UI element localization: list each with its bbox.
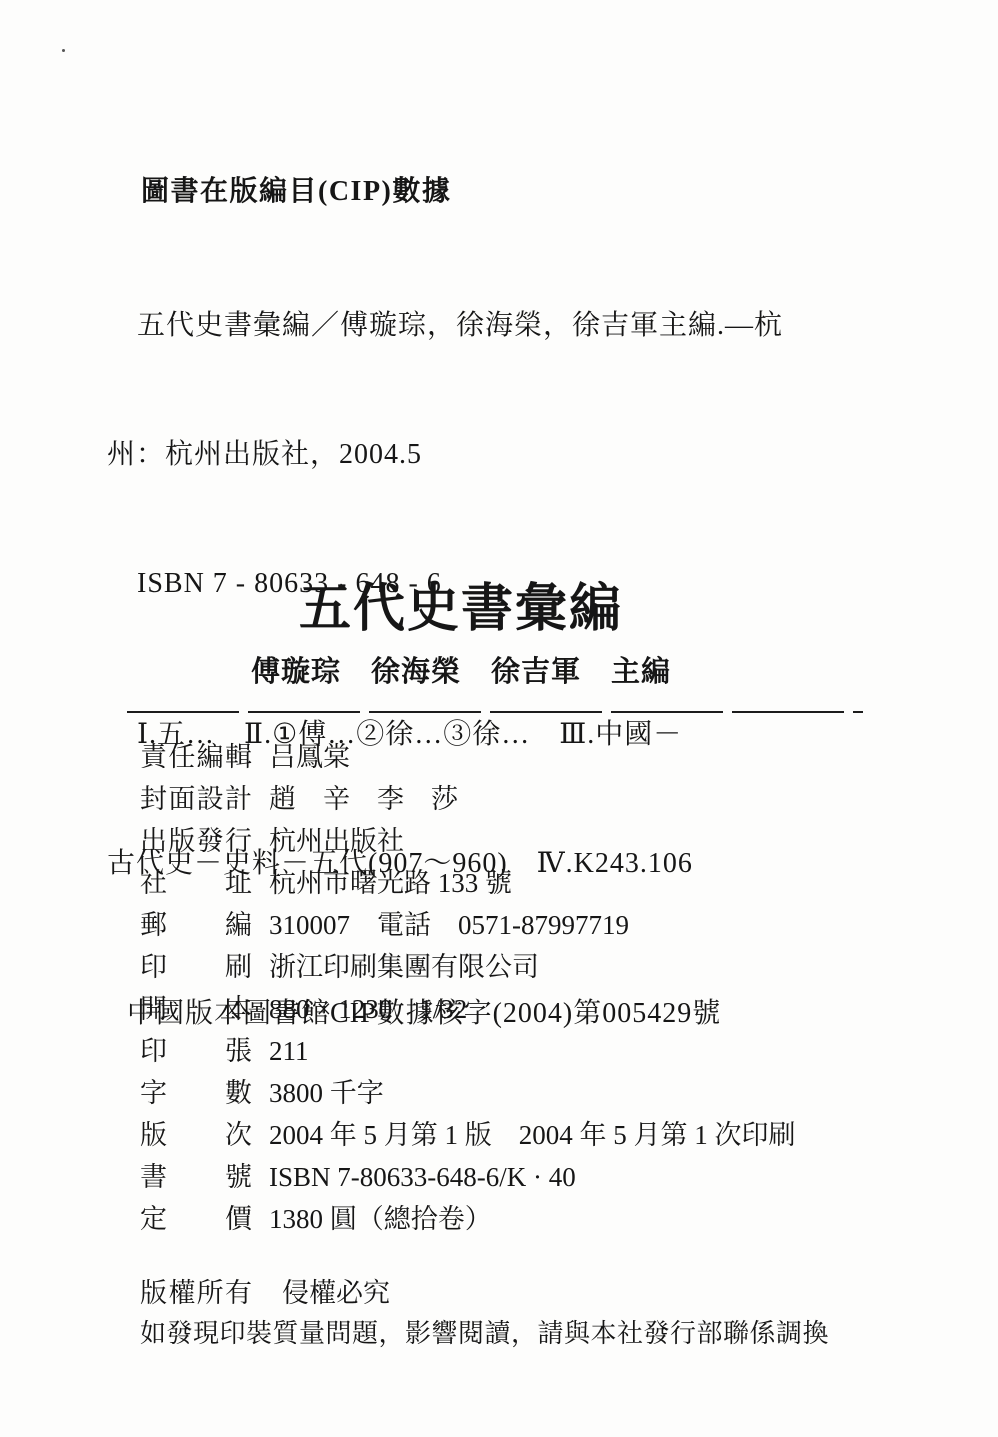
colophon-row-printer: 印刷 浙江印刷集團有限公司 [140, 946, 960, 988]
row-value: 880 × 1230 1/32 [269, 988, 467, 1030]
colophon-row-book-number: 書號 ISBN 7-80633-648-6/K · 40 [140, 1156, 960, 1198]
row-value: 3800 千字 [269, 1072, 384, 1114]
colophon-row-responsible-editor: 責任編輯 吕鳳棠 [140, 736, 960, 778]
cip-entry-line2: 州：杭州出版社，2004.5 [107, 433, 907, 476]
row-label: 開本 [140, 988, 252, 1030]
row-value: ISBN 7-80633-648-6/K · 40 [269, 1156, 576, 1198]
row-value: 1380 圓（總拾卷） [269, 1198, 492, 1240]
colophon: 責任編輯 吕鳳棠 封面設計 趙 辛 李 莎 出版發行 杭州出版社 社址 杭州市曙… [140, 736, 960, 1240]
book-title: 五代史書彙編 [61, 574, 861, 646]
footer: 版權所有 侵權必究 如發現印裝質量問題，影響閱讀，請與本社發行部聯係調換 [140, 1273, 960, 1353]
rights-line: 版權所有 侵權必究 [140, 1273, 960, 1313]
row-value: 趙 辛 李 莎 [269, 778, 458, 820]
row-value: 310007 電話 0571-87997719 [269, 904, 629, 946]
row-label: 出版發行 [140, 820, 252, 862]
colophon-row-postcode: 郵編 310007 電話 0571-87997719 [140, 904, 960, 946]
colophon-row-format: 開本 880 × 1230 1/32 [140, 988, 960, 1030]
row-value: 2004 年 5 月第 1 版 2004 年 5 月第 1 次印刷 [269, 1114, 796, 1156]
row-label: 定價 [140, 1198, 252, 1240]
copyright-page: 圖書在版編目(CIP)數據 五代史書彙編／傅璇琮，徐海榮，徐吉軍主編.—杭 州：… [0, 0, 998, 1437]
row-label: 社址 [140, 862, 252, 904]
book-editors: 傅璇琮 徐海榮 徐吉軍 主編 [61, 652, 861, 692]
colophon-row-sheets: 印張 211 [140, 1030, 960, 1072]
colophon-row-cover-design: 封面設計 趙 辛 李 莎 [140, 778, 960, 820]
row-value: 杭州市曙光路 133 號 [269, 862, 512, 904]
quality-notice: 如發現印裝質量問題，影響閱讀，請與本社發行部聯係調換 [140, 1315, 960, 1353]
cip-heading: 圖書在版編目(CIP)數據 [107, 170, 907, 213]
infringement-label: 侵權必究 [282, 1273, 390, 1313]
colophon-row-address: 社址 杭州市曙光路 133 號 [140, 862, 960, 904]
cip-entry-line1: 五代史書彙編／傅璇琮，徐海榮，徐吉軍主編.—杭 [107, 304, 907, 347]
divider-rule [127, 711, 863, 713]
row-value: 浙江印刷集團有限公司 [269, 946, 539, 988]
row-value: 211 [269, 1030, 309, 1072]
row-label: 印刷 [140, 946, 252, 988]
title-block: 五代史書彙編 傅璇琮 徐海榮 徐吉軍 主編 [61, 574, 861, 692]
colophon-row-word-count: 字數 3800 千字 [140, 1072, 960, 1114]
row-label: 字數 [140, 1072, 252, 1114]
rights-reserved-label: 版權所有 [140, 1273, 252, 1313]
row-label: 版次 [140, 1114, 252, 1156]
row-label: 郵編 [140, 904, 252, 946]
row-value: 吕鳳棠 [269, 736, 350, 778]
row-label: 書號 [140, 1156, 252, 1198]
row-value: 杭州出版社 [269, 820, 404, 862]
row-label: 責任編輯 [140, 736, 252, 778]
colophon-row-publisher: 出版發行 杭州出版社 [140, 820, 960, 862]
colophon-row-price: 定價 1380 圓（總拾卷） [140, 1198, 960, 1240]
row-label: 封面設計 [140, 778, 252, 820]
row-label: 印張 [140, 1030, 252, 1072]
scan-artifact-dot [62, 49, 65, 52]
colophon-row-edition: 版次 2004 年 5 月第 1 版 2004 年 5 月第 1 次印刷 [140, 1114, 960, 1156]
